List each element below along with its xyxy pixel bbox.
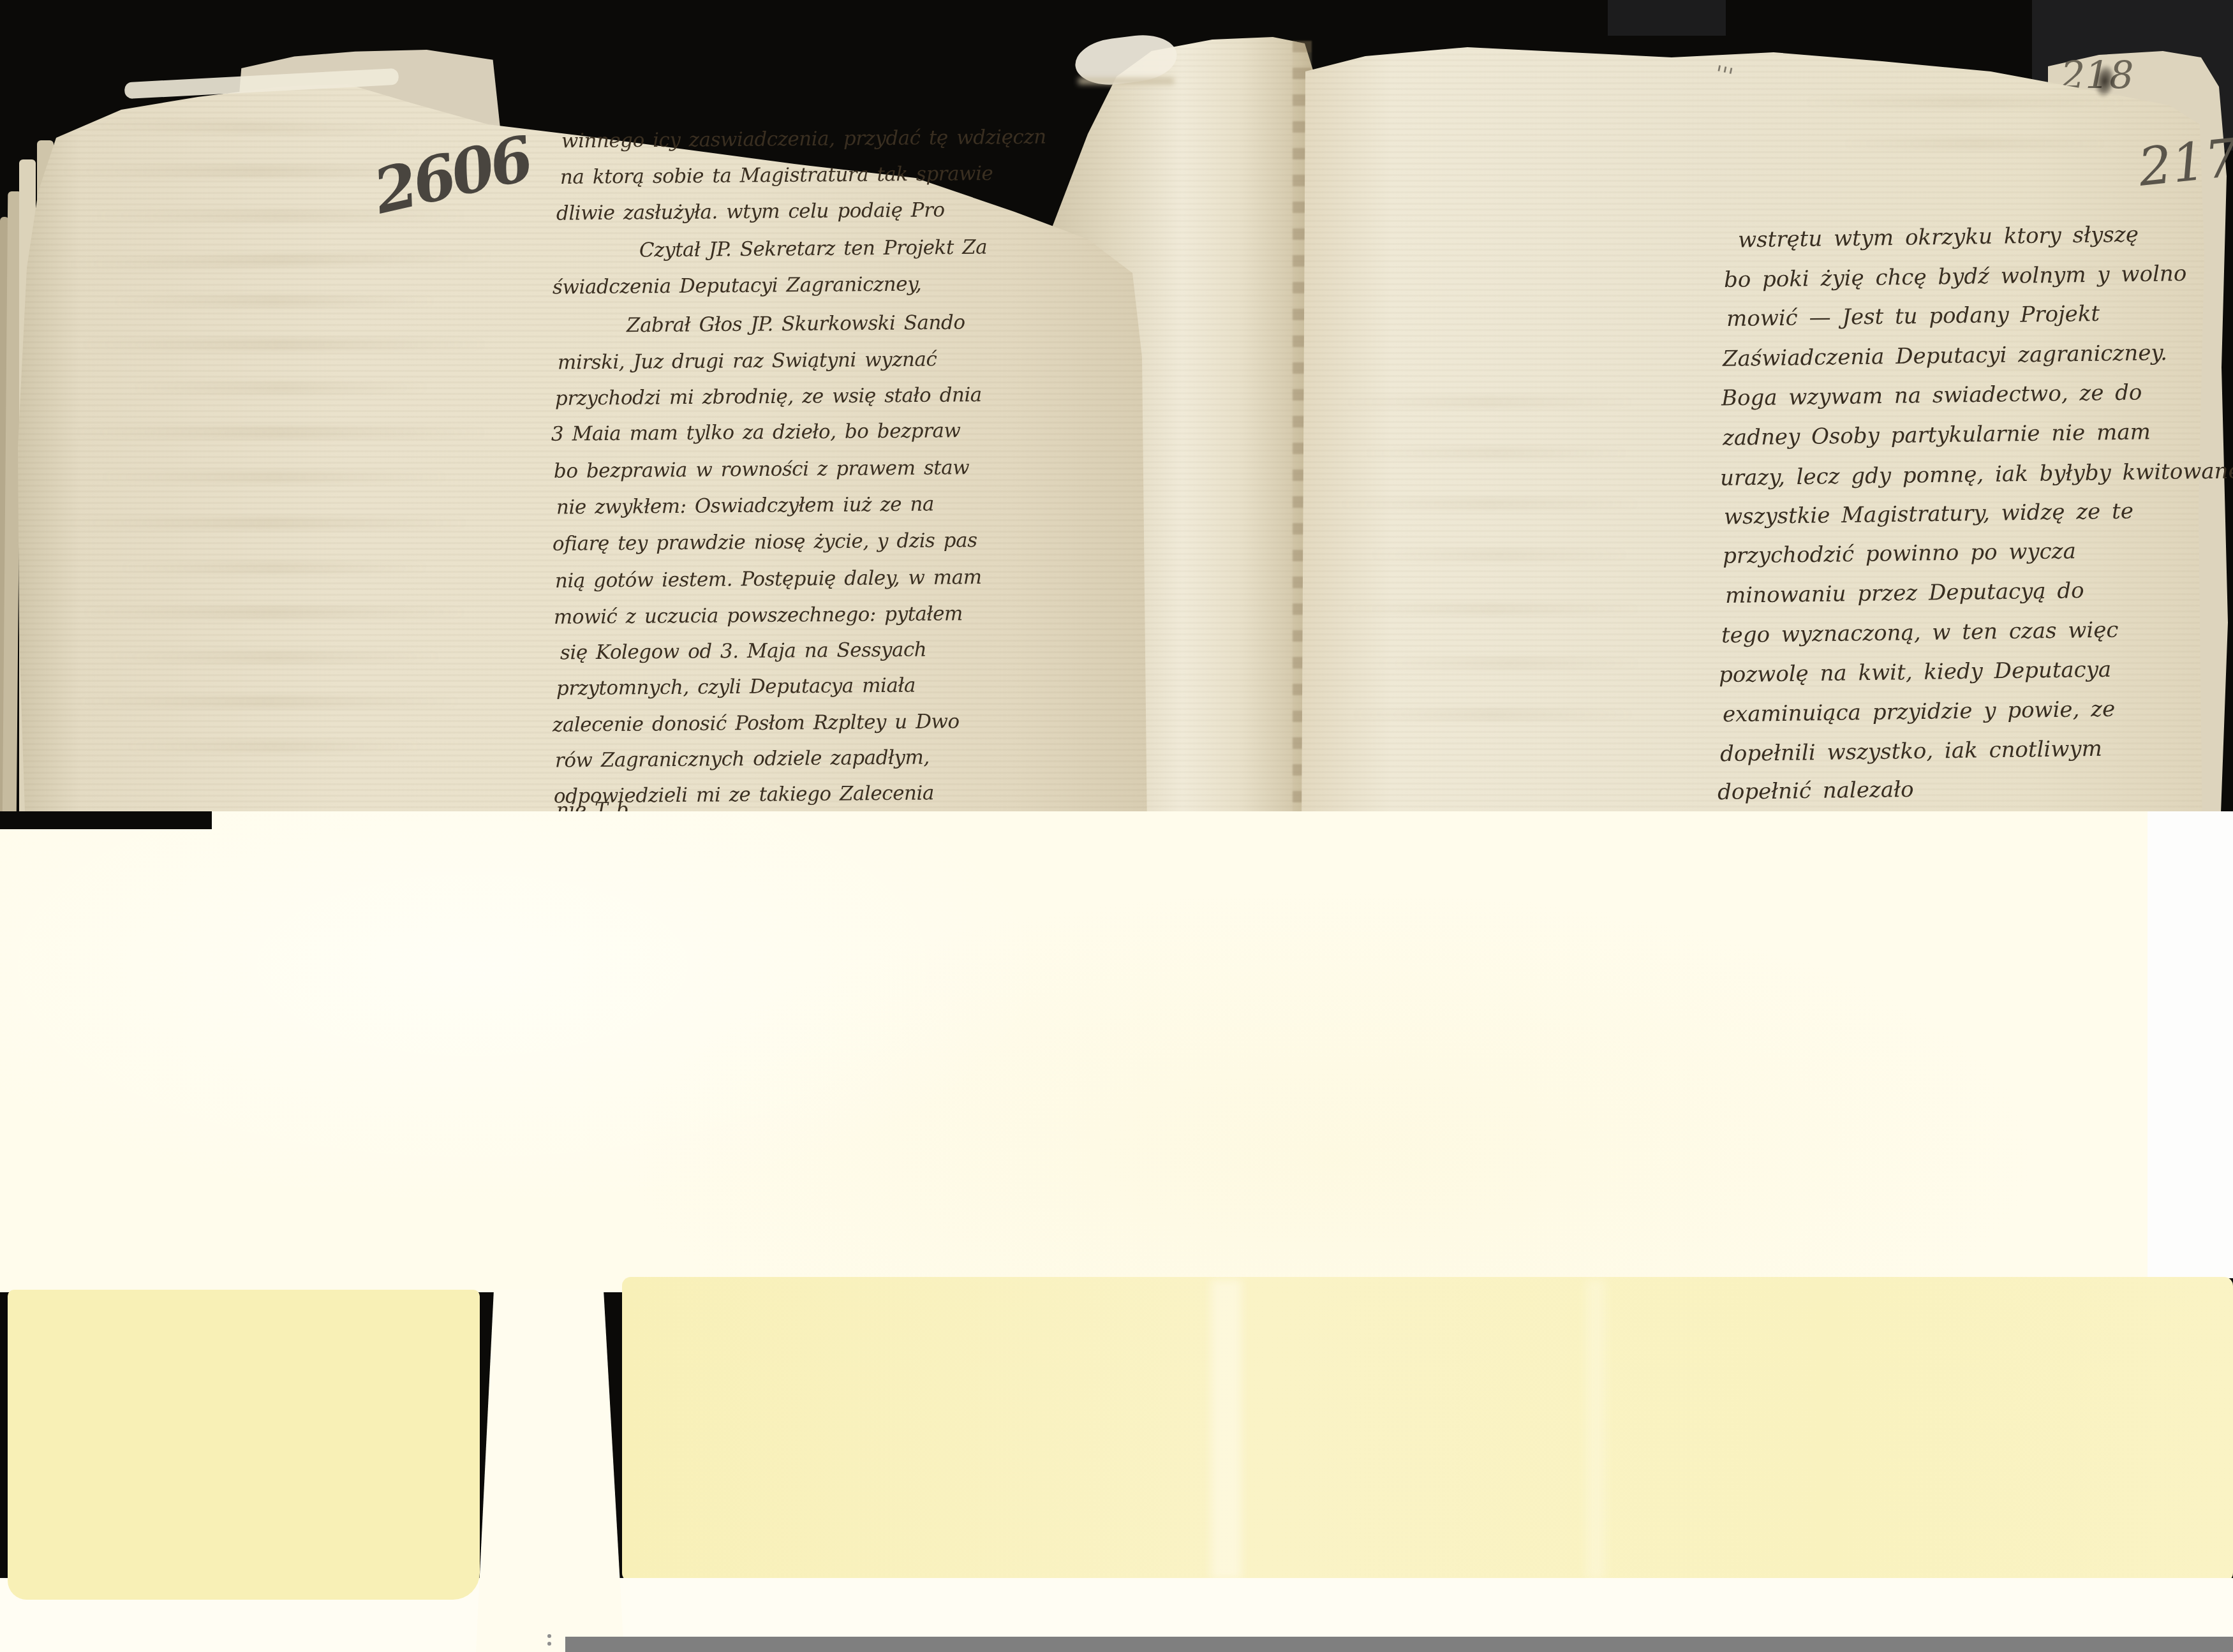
overlay-yellow-streak: [1211, 1280, 1242, 1579]
overlay-yellow-streak: [1586, 1280, 1605, 1579]
manuscript-line: na ktorą sobie ta Magistratura tak spraw…: [560, 162, 993, 189]
bleedthrough-text-ghost: [102, 651, 447, 663]
overlay-white-column: [2148, 811, 2233, 1278]
bleedthrough-text-ghost: [115, 561, 434, 574]
bleedthrough-text-ghost: [77, 338, 491, 351]
bleedthrough-text-ghost: [1340, 603, 1646, 616]
manuscript-line: mowić — Jest tu podany Projekt: [1726, 301, 2100, 332]
bleedthrough-text-ghost: [1346, 708, 1640, 721]
manuscript-line: nie zwykłem: Oswiadczyłem iuż ze na: [556, 492, 934, 519]
bleedthrough-text-ghost: [1340, 395, 1640, 408]
bleedthrough-text-ghost: [121, 740, 427, 753]
bleedthrough-text-ghost: [1799, 96, 2131, 108]
bleedthrough-text-ghost: [70, 426, 491, 439]
manuscript-line: przychodzić powinno po wycza: [1723, 538, 2076, 569]
manuscript-line: dliwie zasłużyła. wtym celu podaię Pro: [556, 198, 945, 225]
manuscript-line: bo bezprawia w rowności z prawem staw: [554, 456, 970, 483]
manuscript-line: dopełnili wszystko, iak cnotliwym: [1720, 736, 2102, 767]
bleedthrough-text-ghost: [1333, 498, 1646, 510]
bleedthrough-text-ghost: [1365, 549, 1633, 561]
scan-shadow-top-middle: [1608, 0, 1726, 36]
bleedthrough-text-ghost: [64, 517, 472, 529]
manuscript-line: mowić z uczucia powszechnego: pytałem: [554, 602, 963, 629]
bleedthrough-text-ghost: [108, 295, 440, 307]
bleedthrough-text-ghost: [128, 381, 434, 394]
overlay-yellow-left: [8, 1290, 480, 1600]
bleedthrough-text-ghost: [1837, 137, 2112, 150]
manuscript-line: dopełnić nalezało: [1717, 777, 1914, 805]
manuscript-line: 3 Maia mam tylko za dzieło, bo bezpraw: [551, 419, 961, 446]
gutter-curl-shadow: [1078, 78, 1174, 84]
manuscript-line: rów Zagranicznych odziele zapadłym,: [555, 746, 930, 772]
page-number: 217: [2135, 128, 2233, 198]
bleedthrough-text-ghost: [70, 695, 466, 708]
bleedthrough-text-ghost: [1359, 446, 1633, 459]
manuscript-line: się Kolegow od 3. Maja na Sessyach: [560, 638, 926, 664]
overlay-black-notch: [0, 811, 212, 829]
overlay-gray-bar: [565, 1637, 2233, 1652]
manuscript-line: przytomnych, czyli Deputacya miała: [556, 674, 916, 700]
manuscript-line: winnego icy zaswiadczenia, przydać tę wd…: [561, 126, 1046, 153]
manuscript-line: ofiarę tey prawdzie niosę życie, y dzis …: [553, 529, 977, 556]
manuscript-line: Zabrał Głos JP. Skurkowski Sando: [627, 311, 965, 337]
overlay-cream-strip: [476, 1277, 624, 1652]
manuscript-line: przychodzi mi zbrodnię, ze wsię stało dn…: [555, 383, 982, 410]
manuscript-line: Czytał JP. Sekretarz ten Projekt Za: [639, 236, 987, 262]
manuscript-line: zalecenie donosić Posłom Rzpltey u Dwo: [553, 710, 960, 737]
manuscript-scan: 218 2606 217 ''' winnego icy zaswiadczen…: [0, 0, 2233, 1652]
manuscript-line: minowaniu przez Deputacyą do: [1725, 578, 2084, 608]
manuscript-line: nią gotów iestem. Postępuię daley, w mam: [555, 566, 982, 593]
overlay-gray-dots: [547, 1634, 551, 1638]
overlay-yellow-right: [622, 1277, 2233, 1582]
bleedthrough-text-ghost: [1372, 657, 1646, 670]
manuscript-line: świadczenia Deputacyi Zagraniczney,: [553, 272, 922, 299]
bleedthrough-text-ghost: [77, 606, 472, 619]
bleedthrough-text-ghost: [96, 471, 453, 483]
overlay-cream-band: [0, 811, 2148, 1292]
manuscript-line: mirski, Juz drugi raz Swiątyni wyznać: [558, 348, 937, 374]
